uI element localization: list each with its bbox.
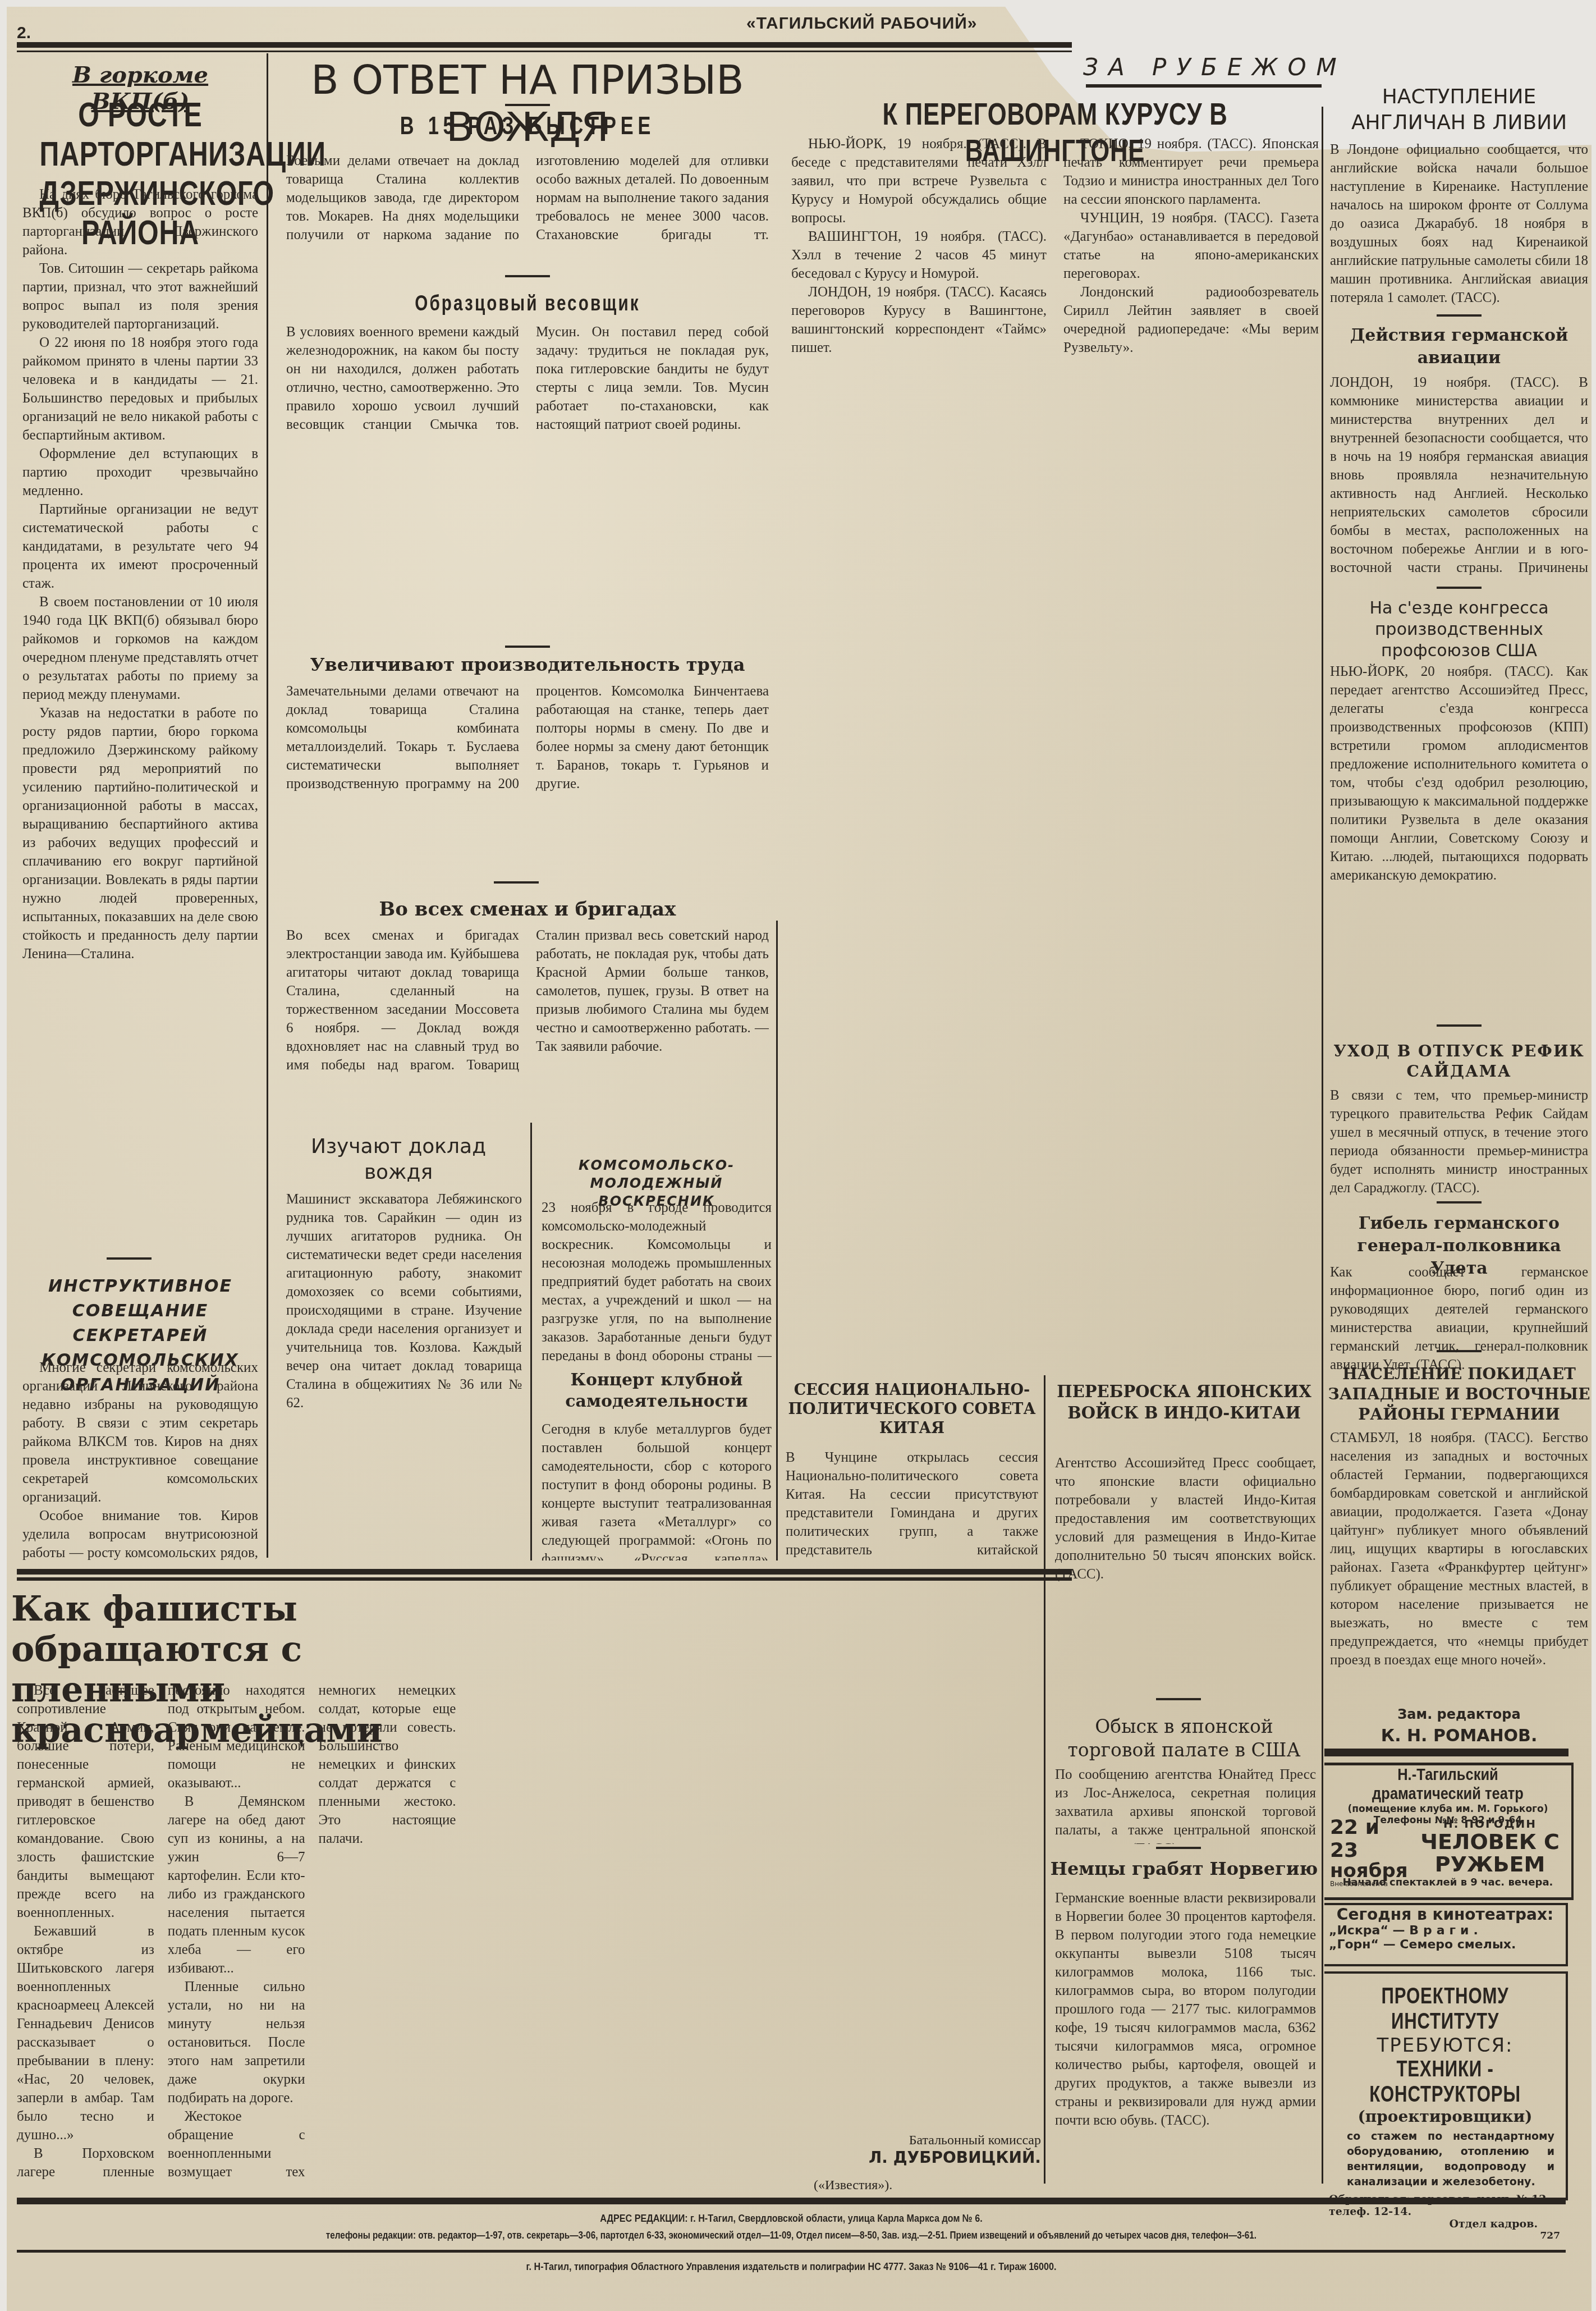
editor-name: К. Н. РОМАНОВ. — [1327, 1726, 1591, 1746]
footer-rule-thin — [17, 2250, 1566, 2253]
job-ad: ПРОЕКТНОМУ ИНСТИТУТУ ТРЕБУЮТСЯ: ТЕХНИКИ … — [1324, 1971, 1568, 2200]
theatre-venue: (помещение клуба им. М. Горького) — [1324, 1804, 1571, 1815]
section-kicker: ЗА РУБЕЖОМ — [1083, 53, 1347, 81]
article-title: НАСТУПЛЕНИЕ АНГЛИЧАН В ЛИВИИ — [1327, 84, 1591, 136]
article-body: ЛОНДОН, 19 ноября. (ТАСС). В коммюнике м… — [1330, 373, 1588, 578]
foreign-kicker-wrap: ЗА РУБЕЖОМ — [1083, 53, 1347, 81]
theatre-ad: Н.-Тагильский драматический театр (помещ… — [1324, 1763, 1574, 1900]
cinema-title: Сегодня в кинотеатрах: — [1324, 1905, 1566, 1924]
footer-rule — [17, 2198, 1566, 2204]
separator — [1156, 1847, 1201, 1849]
column-divider — [1044, 1375, 1045, 2184]
separator — [1437, 1201, 1482, 1203]
article-title: На с'езде конгресса производственных про… — [1327, 598, 1591, 662]
editor-label: Зам. редактора — [1327, 1706, 1591, 1722]
theatre-play: ЧЕЛОВЕК С РУЖЬЕМ — [1414, 1831, 1566, 1875]
footer-imprint: г. Н-Тагил, типография Областного Управл… — [133, 2261, 1450, 2273]
separator — [1437, 314, 1482, 317]
separator — [1437, 1350, 1482, 1352]
theatre-author: Н. ПОГОДИН — [1414, 1817, 1566, 1831]
column-divider — [530, 1123, 532, 1561]
section-rule-thin — [17, 1577, 1072, 1581]
theatre-name: Н.-Тагильский драматический театр — [1343, 1765, 1553, 1804]
article-title: Действия германской авиации — [1327, 324, 1591, 369]
article-title: ПЕРЕБРОСКА ЯПОНСКИХ ВОЙСК В ИНДО-КИТАИ — [1049, 1381, 1319, 1424]
separator — [505, 275, 550, 277]
foreign-main-body: НЬЮ-ЙОРК, 19 ноября. (ТАСС). В беседе с … — [791, 135, 1319, 1336]
section-rule — [17, 1569, 1072, 1575]
job-details: со стажем по нестандартному оборудованию… — [1324, 2126, 1566, 2190]
article-title: Немцы грабят Норвегию — [1049, 1858, 1319, 1879]
cinema-listing: „Горн“ — Семеро смелых. — [1324, 1938, 1566, 1952]
job-required: ТРЕБУЮТСЯ: — [1324, 2034, 1566, 2057]
footer-address: АДРЕС РЕДАКЦИИ: г. Н-Тагил, Свердловской… — [133, 2213, 1450, 2225]
article-body: Во всех сменах и бригадах электростанции… — [286, 926, 769, 1117]
article-body: Агентство Ассошиэйтед Пресс сообщает, чт… — [1055, 1454, 1316, 1690]
article-body: СТАМБУЛ, 18 ноября. (ТАСС). Бегство насе… — [1330, 1429, 1588, 1692]
masthead: «ТАГИЛЬСКИЙ РАБОЧИЙ» — [746, 14, 977, 33]
article-body: В Лондоне официально сообщается, что анг… — [1330, 140, 1588, 309]
article-body: 23 ноября в городе проводится комсомольс… — [542, 1198, 772, 1361]
job-position-sub: (проектировщики) — [1324, 2107, 1566, 2126]
article-body: Как сообщает германское информационное б… — [1330, 1263, 1588, 1370]
article-title: Увеличивают производительность труда — [275, 654, 780, 675]
separator — [494, 881, 539, 884]
article-body: В условиях военного времени каждый желез… — [286, 323, 769, 637]
separator — [1156, 1698, 1201, 1700]
cinema-ad: Сегодня в кинотеатрах: „Искра“ — Враги. … — [1324, 1903, 1568, 1966]
page-number: 2. — [17, 24, 31, 43]
left-article-body: На днях бюро Тагильского горкома ВКП(б) … — [22, 185, 258, 1067]
article-title: Изучают доклад вождя — [275, 1134, 522, 1186]
separator — [505, 104, 550, 106]
signature-title: Батальонный комиссар — [783, 2133, 1041, 2148]
article-body: Машинист экскаватора Лебяжинского рудник… — [286, 1190, 522, 1561]
article-title: Во всех сменах и бригадах — [275, 898, 780, 921]
separator — [505, 646, 550, 648]
article-body: Сегодня в клубе металлургов будет постав… — [542, 1420, 772, 1561]
theatre-play-block: Н. ПОГОДИН ЧЕЛОВЕК С РУЖЬЕМ — [1414, 1817, 1566, 1875]
article-body: Боевыми делами отвечает на доклад товари… — [286, 152, 769, 258]
article-source: («Известия»). — [814, 2178, 892, 2193]
article-title: УХОД В ОТПУСК РЕФИК САЙДАМА — [1327, 1041, 1591, 1082]
article-body: В Чунцине открылась сессия Национально-п… — [786, 1448, 1038, 1561]
article-title: НАСЕЛЕНИЕ ПОКИДАЕТ ЗАПАДНЫЕ И ВОСТОЧНЫЕ … — [1327, 1364, 1591, 1425]
cinema-listing: „Искра“ — Враги. — [1324, 1924, 1566, 1938]
article-body: По сообщению агентства Юнайтед Пресс из … — [1055, 1765, 1316, 1844]
column-divider — [267, 53, 268, 1558]
article-title: Обыск в японской торговой палате в США — [1049, 1715, 1319, 1762]
separator — [1437, 587, 1482, 589]
separator — [107, 1257, 152, 1260]
article-body: Замечательными делами отвечают на доклад… — [286, 682, 769, 873]
left-subarticle-body: Многие секретари комсомольских организац… — [22, 1358, 258, 1561]
header-rule-thin — [17, 51, 1072, 52]
theatre-day: 22 и 23 — [1330, 1816, 1409, 1862]
editor-rule — [1324, 1749, 1569, 1756]
separator — [1437, 1024, 1482, 1027]
job-to: ПРОЕКТНОМУ ИНСТИТУТУ — [1351, 1984, 1539, 2034]
article-body: Германские военные власти реквизировали … — [1055, 1889, 1316, 2184]
signature-block: Батальонный комиссар Л. ДУБРОВИЦКИЙ. — [783, 2133, 1041, 2167]
column-divider — [776, 921, 778, 1561]
footer-phones: телефоны редакции: отв. редактор—1-97, о… — [133, 2230, 1450, 2241]
job-position: ТЕХНИКИ - КОНСТРУКТОРЫ — [1351, 2057, 1539, 2107]
article-body: В связи с тем, что премьер-министр турец… — [1330, 1086, 1588, 1212]
header-rule — [17, 42, 1072, 48]
article-title: В 15 РАЗ БЫСТРЕЕ — [331, 112, 724, 140]
article-title: Концерт клубной самодеятельности — [539, 1370, 774, 1412]
theatre-start: Начало спектаклей в 9 час. вечера. — [1324, 1877, 1571, 1888]
column-divider — [1322, 107, 1323, 2184]
article-title: Образцовый весовщик — [331, 292, 724, 316]
signature-name: Л. ДУБРОВИЦКИЙ. — [783, 2148, 1041, 2167]
article-body: НЬЮ-ЙОРК, 20 ноября. (ТАСС). Как передае… — [1330, 662, 1588, 1010]
article-title: СЕССИЯ НАЦИОНАЛЬНО-ПОЛИТИЧЕСКОГО СОВЕТА … — [783, 1381, 1041, 1438]
kicker-underline — [1086, 84, 1322, 88]
bottom-article-body: Все растущее сопротивление Красной Армии… — [17, 1681, 758, 2186]
